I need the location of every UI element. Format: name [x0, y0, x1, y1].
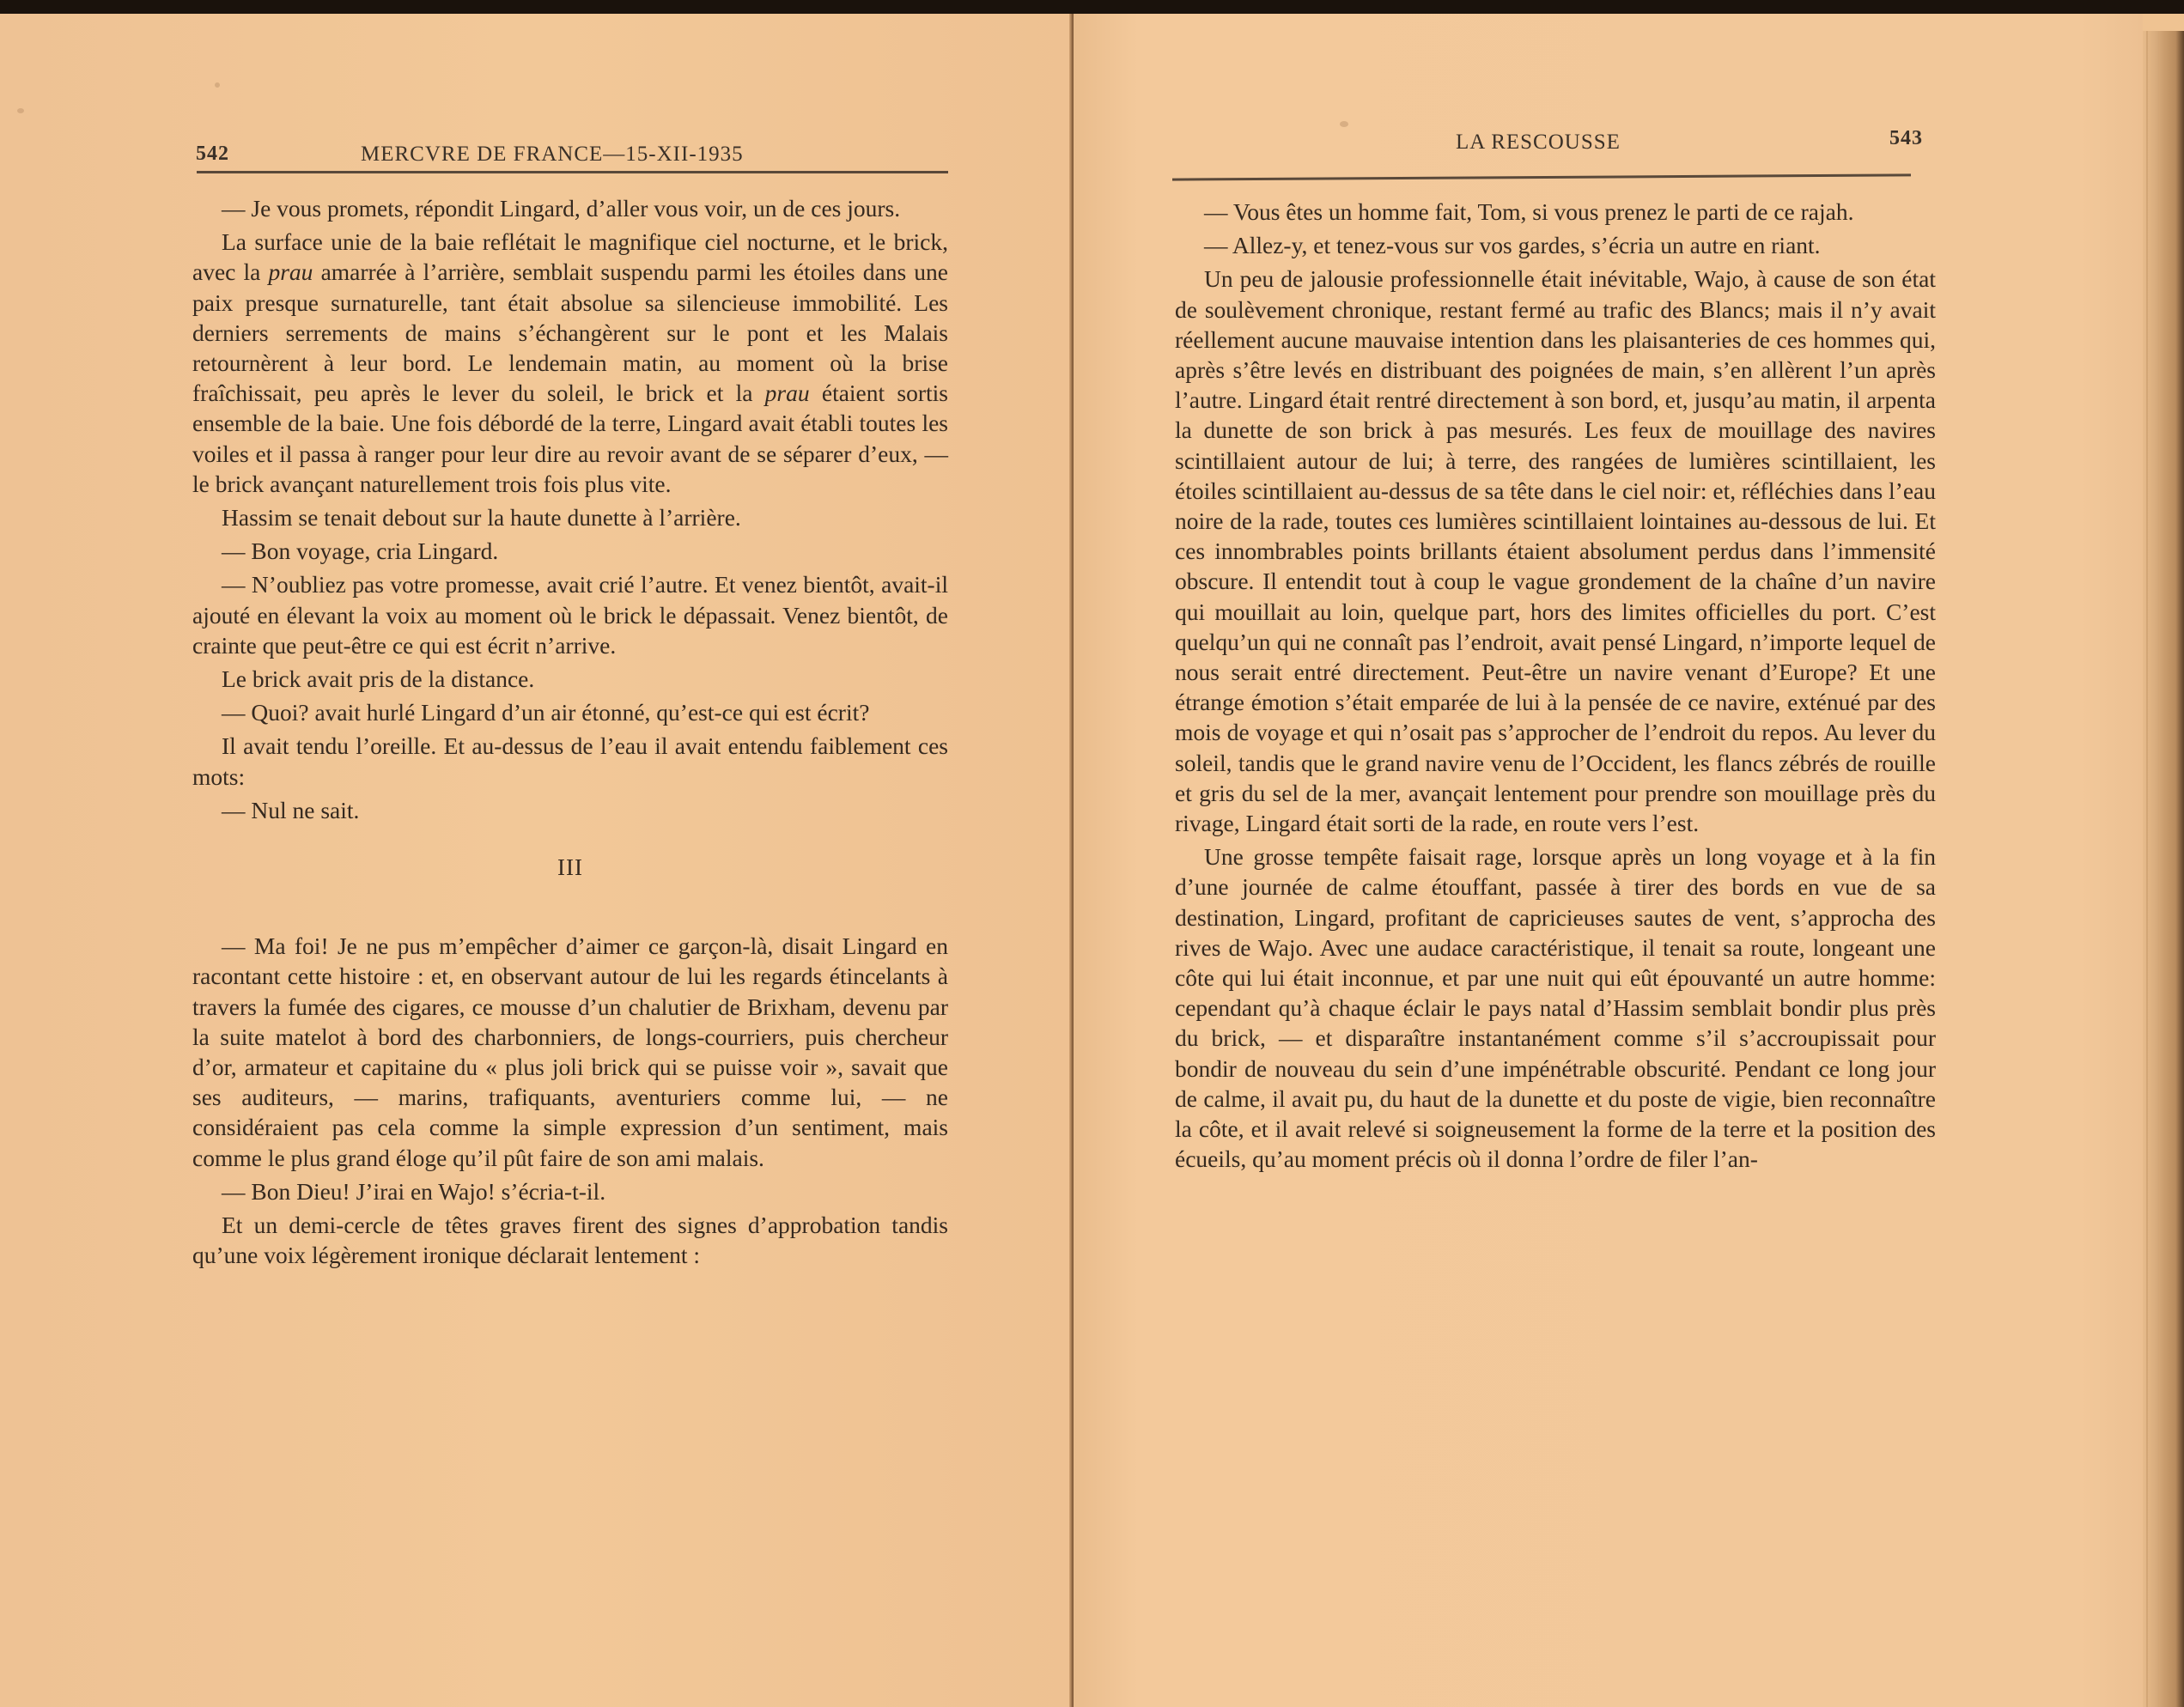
paragraph: — Bon voyage, cria Lingard.	[192, 536, 948, 566]
page-number-right: 543	[1889, 127, 1923, 150]
paragraph: Le brick avait pris de la distance.	[192, 664, 948, 694]
paragraph: Une grosse tempête faisait rage, lorsque…	[1175, 841, 1936, 1174]
book-spread: 542 MERCVRE DE FRANCE—15-XII-1935 — Je v…	[0, 14, 2184, 1707]
paragraph: — Je vous promets, répondit Lingard, d’a…	[192, 193, 948, 223]
italic-term: prau	[268, 258, 313, 285]
right-page-body: — Vous êtes un homme fait, Tom, si vous …	[1175, 193, 1936, 1175]
right-page: LA RESCOUSSE 543 — Vous êtes un homme fa…	[1074, 14, 2143, 1707]
italic-term: prau	[765, 380, 810, 406]
paragraph: — Allez-y, et tenez-vous sur vos gardes,…	[1175, 230, 1936, 260]
left-page: 542 MERCVRE DE FRANCE—15-XII-1935 — Je v…	[0, 14, 1074, 1707]
paragraph: — Bon Dieu! J’irai en Wajo! s’écria-t-il…	[192, 1176, 948, 1206]
page-edges	[2143, 31, 2184, 1707]
header-rule-right	[1172, 173, 1911, 180]
paragraph: — N’oubliez pas votre promesse, avait cr…	[192, 569, 948, 660]
paragraph: — Ma foi! Je ne pus m’empêcher d’aimer c…	[192, 931, 948, 1173]
paper-spot	[1340, 121, 1348, 127]
left-paragraphs-before: — Je vous promets, répondit Lingard, d’a…	[192, 193, 948, 825]
right-page-header: LA RESCOUSSE 543	[1074, 131, 2143, 165]
paragraph: Et un demi-cercle de têtes graves firent…	[192, 1210, 948, 1270]
paragraph: Un peu de jalousie professionnelle était…	[1175, 264, 1936, 838]
section-heading: III	[192, 853, 948, 883]
paragraph: — Nul ne sait.	[192, 795, 948, 825]
paper-spot	[215, 82, 220, 88]
paragraph: Il avait tendu l’oreille. Et au-dessus d…	[192, 731, 948, 791]
running-title-left: MERCVRE DE FRANCE—15-XII-1935	[361, 143, 744, 167]
left-paragraphs-after: — Ma foi! Je ne pus m’empêcher d’aimer c…	[192, 931, 948, 1270]
paragraph: La surface unie de la baie reflétait le …	[192, 227, 948, 499]
paper-spot	[17, 108, 24, 113]
running-title-right: LA RESCOUSSE	[1456, 131, 1621, 155]
paragraph: — Quoi? avait hurlé Lingard d’un air éto…	[192, 697, 948, 727]
right-paragraphs: — Vous êtes un homme fait, Tom, si vous …	[1175, 197, 1936, 1175]
paragraph: — Vous êtes un homme fait, Tom, si vous …	[1175, 197, 1936, 227]
left-page-body: — Je vous promets, répondit Lingard, d’a…	[192, 190, 948, 1271]
header-rule-left	[197, 171, 948, 173]
page-number-left: 542	[196, 143, 229, 166]
paragraph: Hassim se tenait debout sur la haute dun…	[192, 502, 948, 532]
